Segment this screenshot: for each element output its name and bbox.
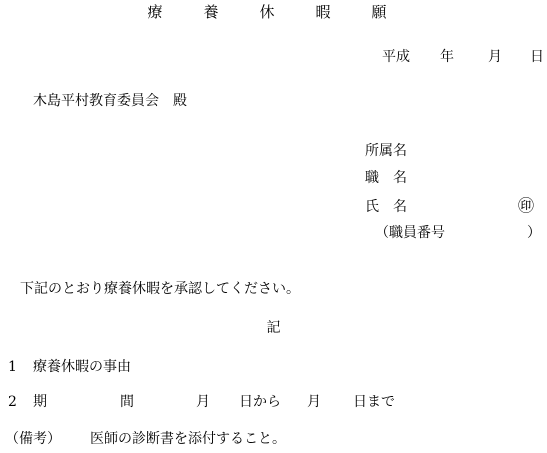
item-2-day-from: 日から <box>239 395 281 409</box>
remarks-text: 医師の診断書を添付すること。 <box>90 432 286 446</box>
medical-leave-request-form: 療 養 休 暇 願 平成 年 月 日 木島平村教育委員会 殿 所属名 職 名 氏… <box>0 0 547 453</box>
date-day-label: 日 <box>530 50 544 64</box>
request-sentence: 下記のとおり療養休暇を承認してください。 <box>20 282 300 296</box>
form-title: 療 養 休 暇 願 <box>0 5 547 20</box>
affiliation-label: 所属名 <box>365 144 407 158</box>
position-label: 職 名 <box>365 171 407 185</box>
date-month-label: 月 <box>488 50 502 64</box>
date-era-label: 平成 <box>382 50 410 64</box>
remarks-label: （備考） <box>5 432 61 446</box>
addressee: 木島平村教育委員会 殿 <box>33 94 187 108</box>
item-2-month-to: 月 <box>307 395 321 409</box>
item-1-label: 療養休暇の事由 <box>33 360 131 374</box>
section-heading-ki: 記 <box>0 321 547 335</box>
name-label: 氏 名 <box>365 200 407 214</box>
date-year-label: 年 <box>440 50 454 64</box>
staff-number-close-paren: ） <box>527 226 541 240</box>
item-2-term-first: 期 <box>33 395 47 409</box>
item-2-day-to: 日まで <box>353 395 395 409</box>
item-1-number: 1 <box>8 360 17 374</box>
staff-number-label: （職員番号 <box>375 226 445 240</box>
seal-mark-icon: ㊞ <box>518 198 534 214</box>
item-2-term-second: 間 <box>120 395 134 409</box>
item-2-number: 2 <box>8 395 17 409</box>
item-2-month-from: 月 <box>196 395 210 409</box>
